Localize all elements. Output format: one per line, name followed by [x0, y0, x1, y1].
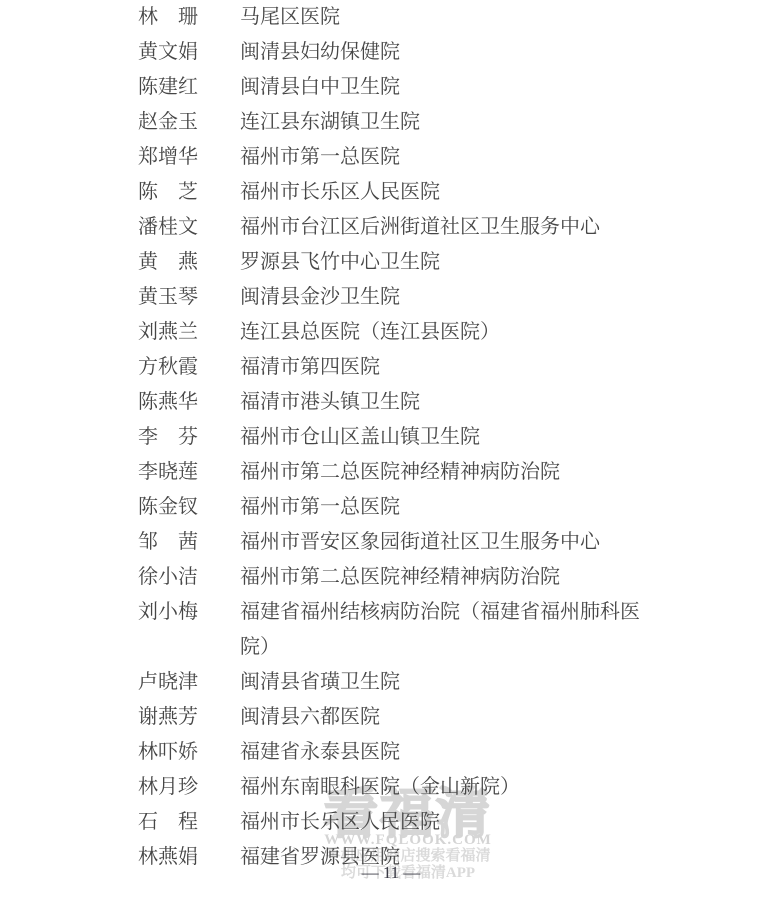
organization-name: 闽清县省璜卫生院	[240, 665, 654, 700]
person-name: 潘桂文	[138, 210, 240, 245]
name-hospital-list: 林 珊 马尾区医院 黄文娟 闽清县妇幼保健院 陈建红 闽清县白中卫生院 赵金玉 …	[138, 0, 654, 875]
list-row: 林 珊 马尾区医院	[138, 0, 654, 35]
person-name: 林吓娇	[138, 735, 240, 770]
person-name: 赵金玉	[138, 105, 240, 140]
organization-name: 闽清县六都医院	[240, 700, 654, 735]
organization-name: 福州东南眼科医院（金山新院）	[240, 770, 654, 805]
organization-name: 福州市第二总医院神经精神病防治院	[240, 455, 654, 490]
organization-name: 福清市港头镇卫生院	[240, 385, 654, 420]
person-name: 郑增华	[138, 140, 240, 175]
list-row: 林月珍 福州东南眼科医院（金山新院）	[138, 770, 654, 805]
list-row: 潘桂文 福州市台江区后洲街道社区卫生服务中心	[138, 210, 654, 245]
list-row: 方秋霞 福清市第四医院	[138, 350, 654, 385]
organization-name: 福州市长乐区人民医院	[240, 805, 654, 840]
organization-name: 福州市第一总医院	[240, 490, 654, 525]
person-name: 陈金钗	[138, 490, 240, 525]
person-name: 林月珍	[138, 770, 240, 805]
person-name: 谢燕芳	[138, 700, 240, 735]
person-name: 黄 燕	[138, 245, 240, 280]
list-row: 谢燕芳 闽清县六都医院	[138, 700, 654, 735]
organization-name: 福清市第四医院	[240, 350, 654, 385]
person-name: 陈 芝	[138, 175, 240, 210]
organization-name: 福州市晋安区象园街道社区卫生服务中心	[240, 525, 654, 560]
person-name: 李晓莲	[138, 455, 240, 490]
list-row: 石 程 福州市长乐区人民医院	[138, 805, 654, 840]
organization-name: 福建省永泰县医院	[240, 735, 654, 770]
list-row: 黄 燕 罗源县飞竹中心卫生院	[138, 245, 654, 280]
person-name: 石 程	[138, 805, 240, 840]
person-name: 卢晓津	[138, 665, 240, 700]
organization-name: 福州市长乐区人民医院	[240, 175, 654, 210]
list-row: 徐小洁 福州市第二总医院神经精神病防治院	[138, 560, 654, 595]
organization-name: 福州市台江区后洲街道社区卫生服务中心	[240, 210, 654, 245]
person-name: 黄文娟	[138, 35, 240, 70]
person-name: 刘燕兰	[138, 315, 240, 350]
person-name: 方秋霞	[138, 350, 240, 385]
organization-name: 福州市第一总医院	[240, 140, 654, 175]
person-name: 李 芬	[138, 420, 240, 455]
list-row: 李 芬 福州市仓山区盖山镇卫生院	[138, 420, 654, 455]
organization-name: 马尾区医院	[240, 0, 654, 35]
organization-name: 福州市第二总医院神经精神病防治院	[240, 560, 654, 595]
organization-name: 闽清县金沙卫生院	[240, 280, 654, 315]
list-row: 陈燕华 福清市港头镇卫生院	[138, 385, 654, 420]
person-name: 黄玉琴	[138, 280, 240, 315]
list-row: 刘小梅 福建省福州结核病防治院（福建省福州肺科医院）	[138, 595, 654, 665]
person-name: 邹 茜	[138, 525, 240, 560]
organization-name: 福建省福州结核病防治院（福建省福州肺科医院）	[240, 595, 654, 665]
list-row: 陈 芝 福州市长乐区人民医院	[138, 175, 654, 210]
list-row: 陈金钗 福州市第一总医院	[138, 490, 654, 525]
organization-name: 罗源县飞竹中心卫生院	[240, 245, 654, 280]
organization-name: 闽清县妇幼保健院	[240, 35, 654, 70]
person-name: 徐小洁	[138, 560, 240, 595]
list-row: 陈建红 闽清县白中卫生院	[138, 70, 654, 105]
list-row: 卢晓津 闽清县省璜卫生院	[138, 665, 654, 700]
list-row: 邹 茜 福州市晋安区象园街道社区卫生服务中心	[138, 525, 654, 560]
list-row: 赵金玉 连江县东湖镇卫生院	[138, 105, 654, 140]
page-number: — 11 —	[0, 863, 782, 883]
list-row: 刘燕兰 连江县总医院（连江县医院）	[138, 315, 654, 350]
organization-name: 福州市仓山区盖山镇卫生院	[240, 420, 654, 455]
list-row: 黄文娟 闽清县妇幼保健院	[138, 35, 654, 70]
list-row: 黄玉琴 闽清县金沙卫生院	[138, 280, 654, 315]
person-name: 林 珊	[138, 0, 240, 35]
person-name: 刘小梅	[138, 595, 240, 665]
list-row: 林吓娇 福建省永泰县医院	[138, 735, 654, 770]
organization-name: 连江县总医院（连江县医院）	[240, 315, 654, 350]
organization-name: 连江县东湖镇卫生院	[240, 105, 654, 140]
organization-name: 闽清县白中卫生院	[240, 70, 654, 105]
list-row: 郑增华 福州市第一总医院	[138, 140, 654, 175]
list-row: 李晓莲 福州市第二总医院神经精神病防治院	[138, 455, 654, 490]
person-name: 陈燕华	[138, 385, 240, 420]
person-name: 陈建红	[138, 70, 240, 105]
